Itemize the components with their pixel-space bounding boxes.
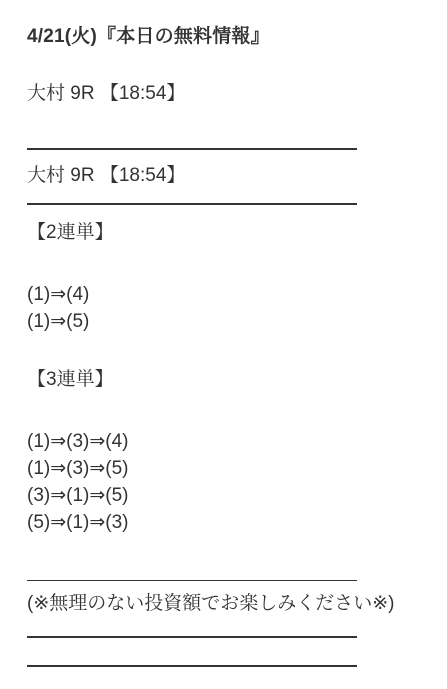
divider-header-bottom [27,203,357,205]
footer-note: (※無理のない投資額でお楽しみください※) [27,590,427,617]
pick-line: (1)⇒(3)⇒(4) [27,428,427,455]
divider-bottom [27,665,357,667]
pick-line: (1)⇒(5) [27,308,427,335]
section-heading-3rentan: 【3連単】 [27,366,427,393]
pick-line: (1)⇒(4) [27,281,427,308]
divider-footer-top [27,580,357,582]
free-info-page: 4/21(火)『本日の無料情報』 大村 9R 【18:54】 大村 9R 【18… [0,0,447,689]
page-title: 4/21(火)『本日の無料情報』 [27,23,427,50]
section-heading-2rentan: 【2連単】 [27,219,427,246]
picks-3rentan: (1)⇒(3)⇒(4) (1)⇒(3)⇒(5) (3)⇒(1)⇒(5) (5)⇒… [27,428,427,536]
picks-2rentan: (1)⇒(4) (1)⇒(5) [27,281,427,335]
divider-footer-mid [27,636,357,638]
race-header: 大村 9R 【18:54】 [27,80,427,107]
pick-line: (1)⇒(3)⇒(5) [27,455,427,482]
pick-line: (3)⇒(1)⇒(5) [27,482,427,509]
divider-top [27,148,357,150]
pick-line: (5)⇒(1)⇒(3) [27,509,427,536]
race-header-repeat: 大村 9R 【18:54】 [27,162,427,189]
